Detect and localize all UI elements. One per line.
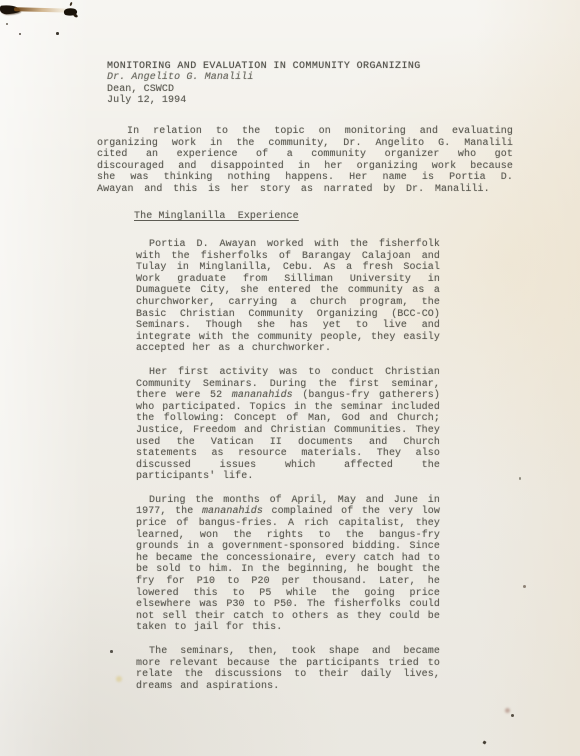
document-date: July 12, 1994 <box>107 95 421 106</box>
story-paragraph: Her first activity was to conduct Christ… <box>136 367 440 483</box>
section-heading: The Minglanilla Experience <box>134 211 299 223</box>
document-author: Dr. Angelito G. Manalili <box>107 72 421 83</box>
document-header: MONITORING AND EVALUATION IN COMMUNITY O… <box>107 61 421 106</box>
intro-paragraph: In relation to the topic on monitoring a… <box>97 126 513 196</box>
story-paragraph: During the months of April, May and June… <box>136 495 440 634</box>
ink-speck <box>505 708 510 713</box>
ink-speck <box>523 585 526 588</box>
ink-speck <box>6 23 8 25</box>
pen-streak <box>14 7 76 13</box>
story-paragraph: Portia D. Awayan worked with the fisherf… <box>136 239 440 355</box>
ink-blot <box>0 4 20 14</box>
story-section: Portia D. Awayan worked with the fisherf… <box>136 239 440 704</box>
scanned-document-page: MONITORING AND EVALUATION IN COMMUNITY O… <box>0 0 580 756</box>
story-paragraph: The seminars, then, took shape and becam… <box>136 646 440 692</box>
ink-speck <box>482 740 486 744</box>
ink-speck <box>56 32 59 35</box>
document-author-role: Dean, CSWCD <box>107 84 421 95</box>
ink-blot <box>73 13 79 18</box>
ink-speck <box>69 2 72 6</box>
ink-speck <box>110 650 113 653</box>
paper-stain <box>116 676 122 682</box>
ink-blot <box>63 7 77 18</box>
ink-speck <box>511 714 514 717</box>
ink-speck <box>519 477 521 480</box>
ink-speck <box>19 33 21 35</box>
document-title: MONITORING AND EVALUATION IN COMMUNITY O… <box>107 61 421 72</box>
